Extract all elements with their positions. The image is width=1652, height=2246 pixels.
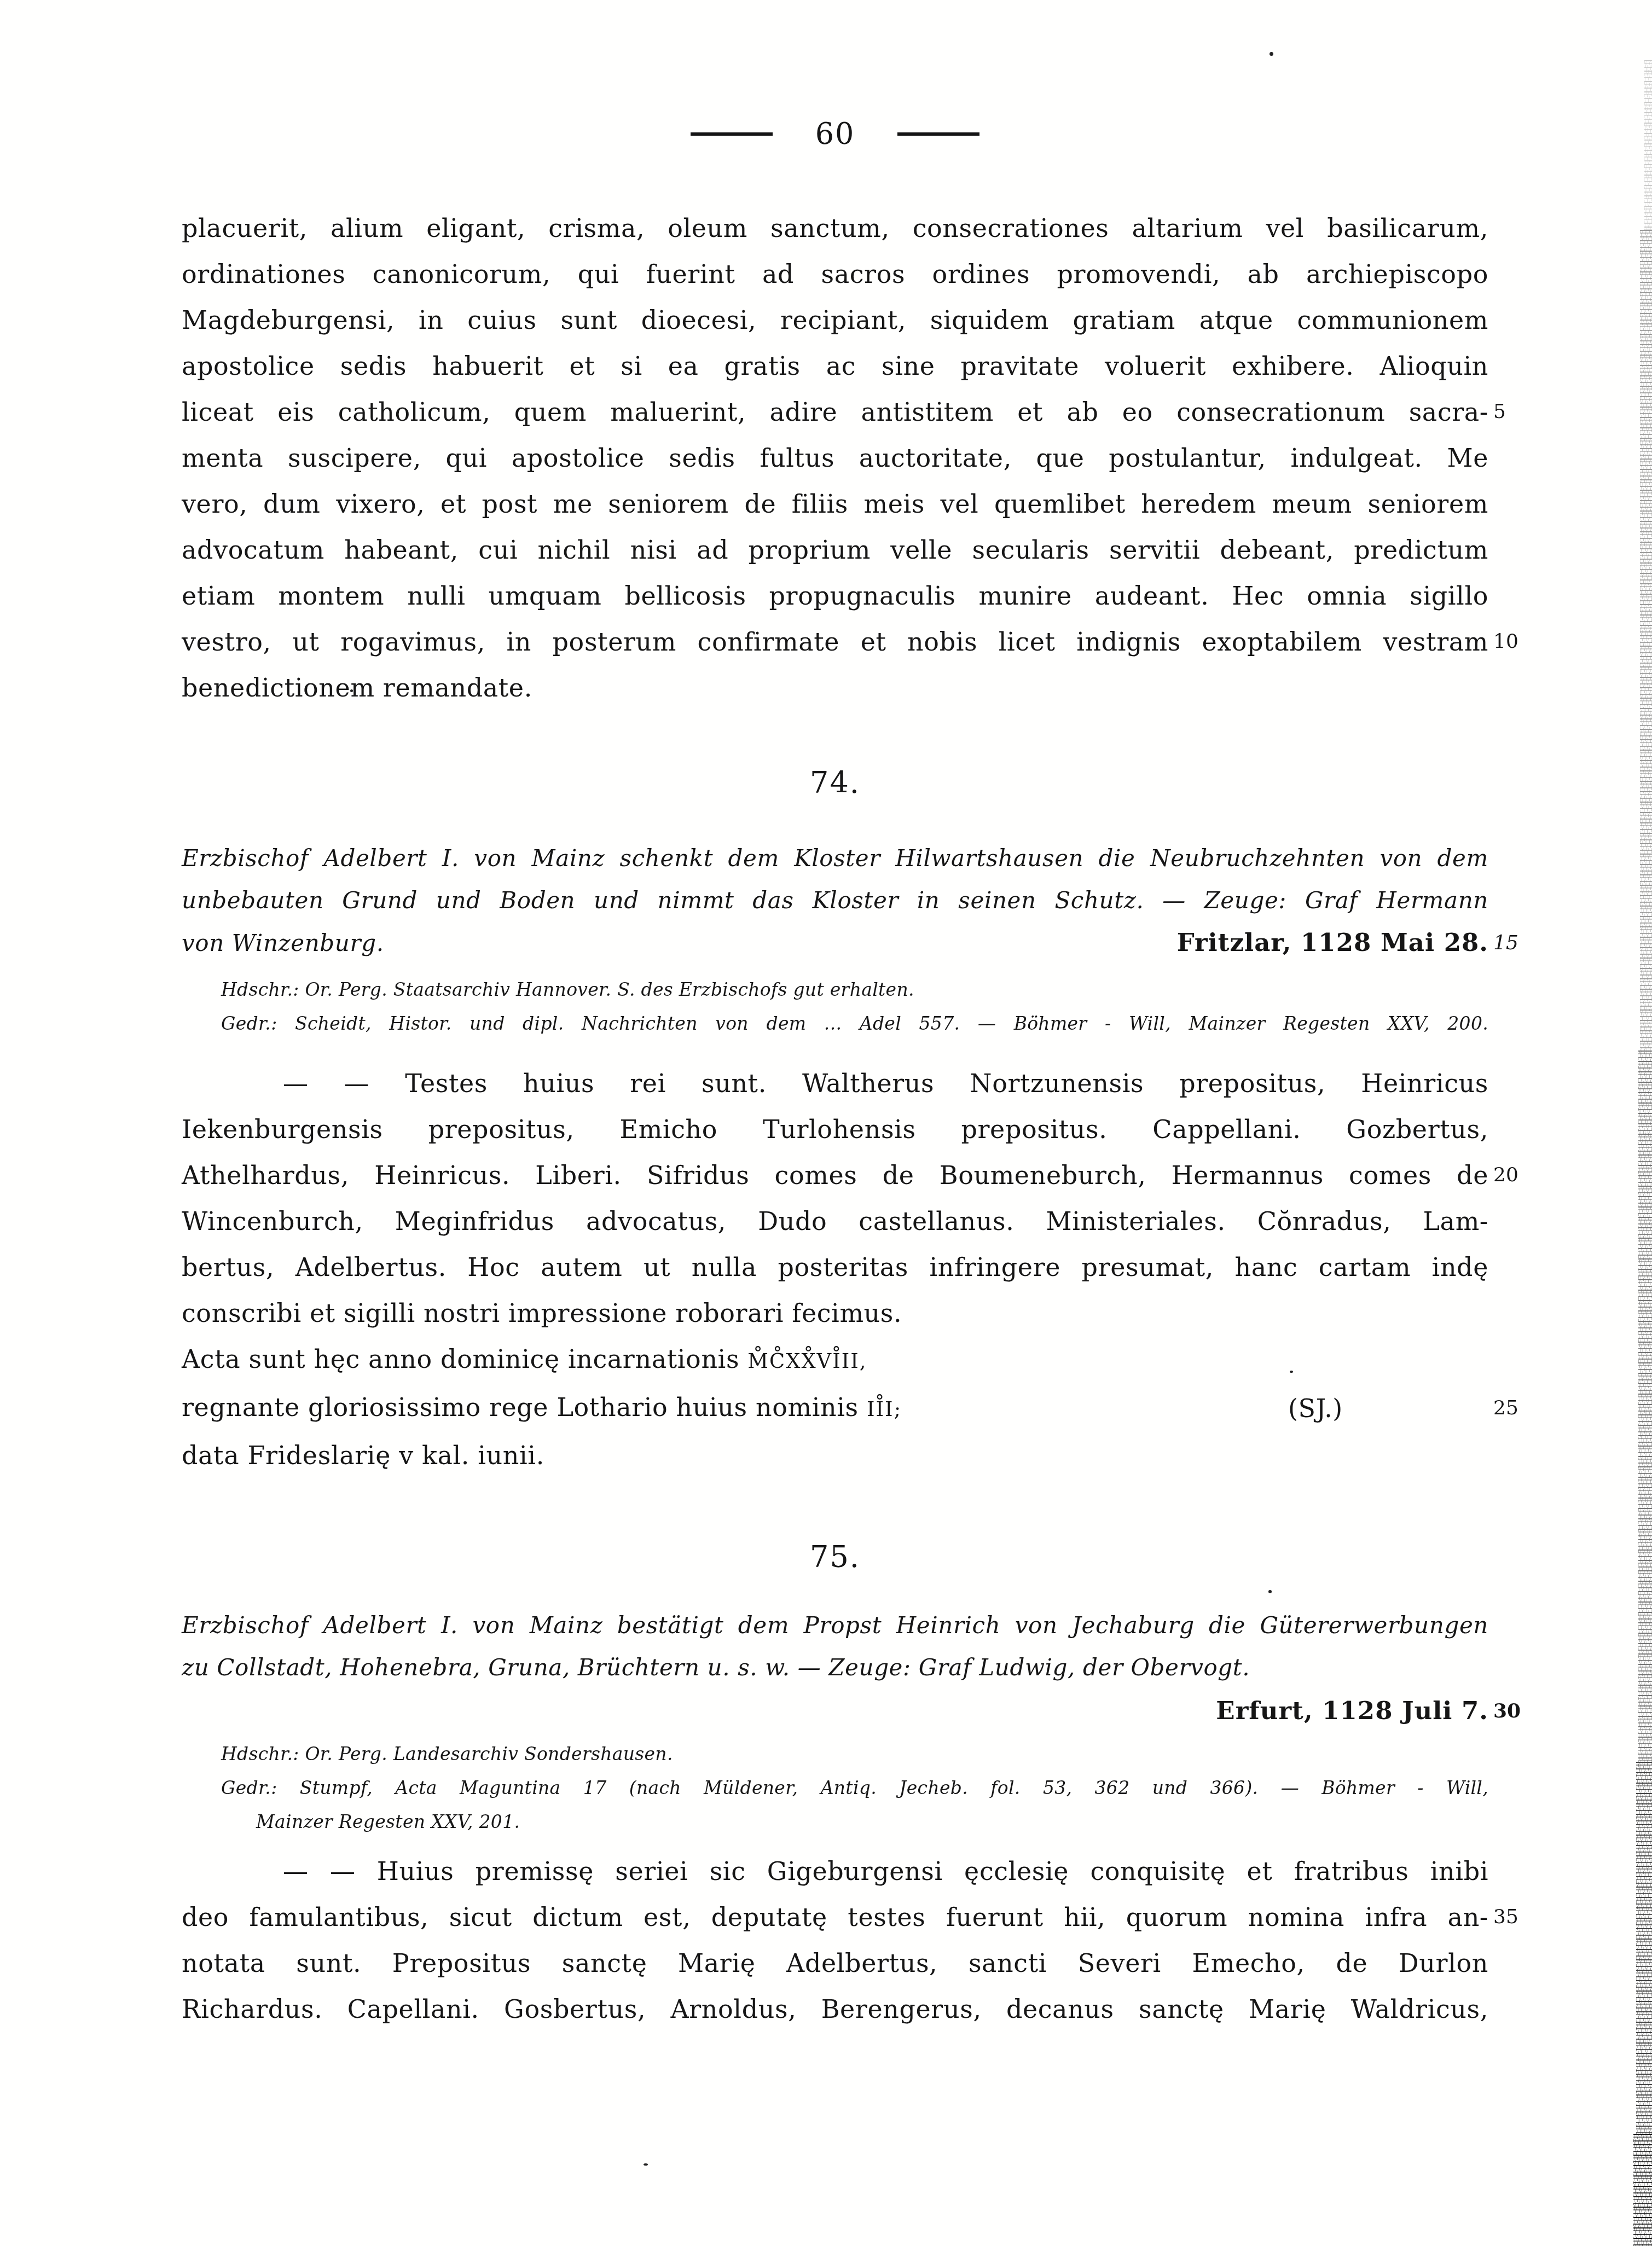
text-line: ordinationes canonicorum, qui fuerint ad…: [182, 251, 1488, 297]
scanned-book-page: 60 placuerit, alium eligant, crisma, ole…: [0, 0, 1652, 2246]
roman-year-numeral: M̊C̊XX̊VI̊II,: [747, 1349, 867, 1373]
text-line: Richardus. Capellani. Gosbertus, Arnoldu…: [182, 1986, 1488, 2032]
source-gedr-continuation: Mainzer Regesten XXV, 201.: [182, 1805, 1488, 1839]
entry-75-number: 75.: [182, 1534, 1488, 1580]
page-number: 60: [815, 117, 855, 151]
text-line: — — Testes huius rei sunt. Waltherus Nor…: [182, 1060, 1488, 1106]
text-line: etiam montem nulli umquam bellicosis pro…: [182, 573, 1488, 619]
text-column: 60 placuerit, alium eligant, crisma, ole…: [182, 0, 1488, 2246]
header-rule-right: [897, 132, 979, 136]
text-line: advocatum habeant, cui nichil nisi ad pr…: [182, 527, 1488, 573]
text-line: Wincenburch, Meginfridus advocatus, Dudo…: [182, 1198, 1488, 1244]
entry-75-dateline: Erfurt, 1128 Juli 7.: [1216, 1696, 1488, 1725]
margin-line-number: 15: [1493, 921, 1545, 964]
entry-74-dateline: Fritzlar, 1128 Mai 28.: [1177, 921, 1488, 964]
source-gedr: Gedr.: Stumpf, Acta Maguntina 17 (nach M…: [182, 1771, 1488, 1805]
margin-line-number: 25: [1493, 1384, 1545, 1432]
margin-line-number: 35: [1493, 1894, 1545, 1940]
margin-line-number: 10: [1493, 619, 1545, 665]
text-line: deo famulantibus, sicut dictum est, depu…: [182, 1894, 1488, 1940]
summary-line: unbebauten Grund und Boden und nimmt das…: [182, 879, 1488, 921]
text-line: notata sunt. Prepositus sanctę Marię Ade…: [182, 1940, 1488, 1986]
scan-edge-noise: [1644, 60, 1652, 230]
text-line: apostolice sedis habuerit et si ea grati…: [182, 343, 1488, 389]
scan-speck: [844, 1868, 846, 1870]
entry-75-summary: Erzbischof Adelbert I. von Mainz bestäti…: [182, 1604, 1488, 1688]
summary-line: Erzbischof Adelbert I. von Mainz bestäti…: [182, 1604, 1488, 1646]
text-line: Athelhardus, Heinricus. Liberi. Sifridus…: [182, 1152, 1488, 1198]
source-hdschr: Hdschr.: Or. Perg. Landesarchiv Sondersh…: [182, 1737, 1488, 1771]
text-line: liceat eis catholicum, quem maluerint, a…: [182, 389, 1488, 435]
seal-note: (SJ.): [1288, 1384, 1343, 1432]
summary-line: zu Collstadt, Hohenebra, Gruna, Brüchter…: [182, 1646, 1488, 1688]
text-line: vestro, ut rogavimus, in posterum confir…: [182, 619, 1488, 665]
text-line: conscribi et sigilli nostri impressione …: [182, 1290, 1488, 1336]
entry-75-dateline-row: Erfurt, 1128 Juli 7. 30: [182, 1688, 1488, 1734]
summary-dateline-row: von Winzenburg. Fritzlar, 1128 Mai 28. 1…: [182, 921, 1488, 964]
source-gedr: Gedr.: Scheidt, Histor. und dipl. Nachri…: [182, 1007, 1488, 1041]
roman-ordinal-numeral: II̊I;: [867, 1397, 902, 1421]
text-line: data Frideslarię v kal. iunii.: [182, 1432, 1488, 1478]
text-line: placuerit, alium eligant, crisma, oleum …: [182, 205, 1488, 251]
text-line: Iekenburgensis prepositus, Emicho Turloh…: [182, 1106, 1488, 1152]
entry-75-text: — — Huius premissę seriei sic Gigeburgen…: [182, 1848, 1488, 2032]
text-line: vero, dum vixero, et post me seniorem de…: [182, 481, 1488, 527]
source-hdschr: Hdschr.: Or. Perg. Staatsarchiv Hannover…: [182, 973, 1488, 1007]
margin-line-number: 5: [1493, 389, 1545, 435]
margin-line-number: 30: [1493, 1688, 1545, 1734]
scan-speck: [350, 689, 353, 692]
scan-speck: [1270, 52, 1273, 56]
scan-edge-noise: [1636, 1762, 1652, 2134]
scan-speck: [1268, 1590, 1272, 1593]
text-line: benedictionem remandate.: [182, 665, 1488, 711]
entry-74-summary: Erzbischof Adelbert I. von Mainz schenkt…: [182, 837, 1488, 964]
continuation-paragraph: placuerit, alium eligant, crisma, oleum …: [182, 205, 1488, 711]
text-line: Acta sunt hęc anno dominicę incarnationi…: [182, 1336, 1488, 1384]
scan-edge-noise: [1638, 1051, 1652, 1762]
entry-75-sources: Hdschr.: Or. Perg. Landesarchiv Sondersh…: [182, 1737, 1488, 1839]
scan-speck: [1290, 1371, 1293, 1373]
summary-line-end: von Winzenburg.: [182, 922, 384, 964]
scan-edge-noise: [1640, 230, 1652, 1051]
entry-74-sources: Hdschr.: Or. Perg. Staatsarchiv Hannover…: [182, 973, 1488, 1041]
text-line: bertus, Adelbertus. Hoc autem ut nulla p…: [182, 1244, 1488, 1290]
text-line: — — Huius premissę seriei sic Gigeburgen…: [182, 1848, 1488, 1894]
scan-edge-noise: [1633, 2134, 1652, 2246]
entry-74-datatio: Acta sunt hęc anno dominicę incarnationi…: [182, 1336, 1488, 1478]
page-header: 60: [182, 109, 1488, 159]
text-line: regnante gloriosissimo rege Lothario hui…: [182, 1384, 1488, 1432]
scan-speck: [644, 2163, 648, 2166]
summary-line: Erzbischof Adelbert I. von Mainz schenkt…: [182, 837, 1488, 879]
margin-line-number: 20: [1493, 1152, 1545, 1198]
header-rule-left: [691, 132, 773, 136]
text-line: Magdeburgensi, in cuius sunt dioecesi, r…: [182, 297, 1488, 343]
entry-74-text: — — Testes huius rei sunt. Waltherus Nor…: [182, 1060, 1488, 1336]
text-line: menta suscipere, qui apostolice sedis fu…: [182, 435, 1488, 481]
entry-74-number: 74.: [182, 760, 1488, 806]
